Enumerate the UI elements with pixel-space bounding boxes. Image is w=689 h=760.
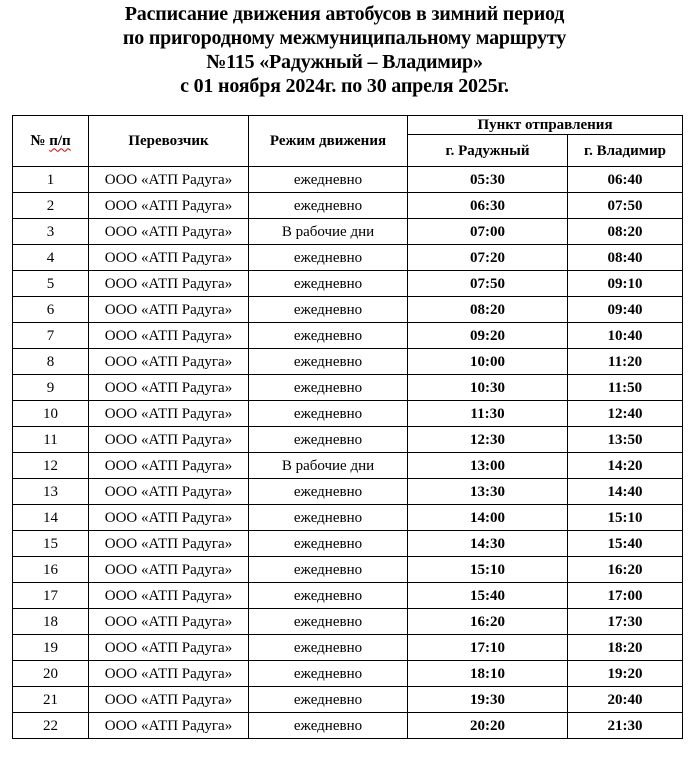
departure-raduzhny-cell: 12:30 bbox=[408, 427, 568, 453]
departure-vladimir-cell: 20:40 bbox=[568, 687, 683, 713]
carrier-cell: ООО «АТП Радуга» bbox=[89, 219, 249, 245]
departure-raduzhny-cell: 07:50 bbox=[408, 271, 568, 297]
departure-raduzhny-cell: 09:20 bbox=[408, 323, 568, 349]
mode-cell: ежедневно bbox=[249, 323, 408, 349]
header-from-vladimir: г. Владимир bbox=[568, 135, 683, 167]
row-number: 21 bbox=[13, 687, 89, 713]
carrier-cell: ООО «АТП Радуга» bbox=[89, 453, 249, 479]
header-carrier: Перевозчик bbox=[89, 116, 249, 167]
table-row: 13ООО «АТП Радуга»ежедневно13:3014:40 bbox=[13, 479, 683, 505]
departure-raduzhny-cell: 07:20 bbox=[408, 245, 568, 271]
row-number: 18 bbox=[13, 609, 89, 635]
departure-raduzhny-cell: 11:30 bbox=[408, 401, 568, 427]
row-number: 8 bbox=[13, 349, 89, 375]
departure-vladimir-cell: 19:20 bbox=[568, 661, 683, 687]
departure-raduzhny-cell: 07:00 bbox=[408, 219, 568, 245]
carrier-cell: ООО «АТП Радуга» bbox=[89, 557, 249, 583]
row-number: 9 bbox=[13, 375, 89, 401]
departure-raduzhny-cell: 20:20 bbox=[408, 713, 568, 739]
row-number: 11 bbox=[13, 427, 89, 453]
departure-vladimir-cell: 17:30 bbox=[568, 609, 683, 635]
row-number: 10 bbox=[13, 401, 89, 427]
carrier-cell: ООО «АТП Радуга» bbox=[89, 531, 249, 557]
mode-cell: ежедневно bbox=[249, 401, 408, 427]
row-number: 22 bbox=[13, 713, 89, 739]
departure-raduzhny-cell: 08:20 bbox=[408, 297, 568, 323]
departure-raduzhny-cell: 15:10 bbox=[408, 557, 568, 583]
row-number: 19 bbox=[13, 635, 89, 661]
spellcheck-underlined-text: п/п bbox=[49, 133, 70, 149]
table-row: 19ООО «АТП Радуга»ежедневно17:1018:20 bbox=[13, 635, 683, 661]
table-row: 5ООО «АТП Радуга»ежедневно07:5009:10 bbox=[13, 271, 683, 297]
document-title: Расписание движения автобусов в зимний п… bbox=[0, 2, 689, 98]
carrier-cell: ООО «АТП Радуга» bbox=[89, 713, 249, 739]
carrier-cell: ООО «АТП Радуга» bbox=[89, 479, 249, 505]
departure-vladimir-cell: 13:50 bbox=[568, 427, 683, 453]
row-number: 20 bbox=[13, 661, 89, 687]
header-number: № п/п bbox=[13, 116, 89, 167]
mode-cell: ежедневно bbox=[249, 505, 408, 531]
mode-cell: ежедневно bbox=[249, 375, 408, 401]
mode-cell: ежедневно bbox=[249, 193, 408, 219]
departure-vladimir-cell: 09:10 bbox=[568, 271, 683, 297]
mode-cell: ежедневно bbox=[249, 557, 408, 583]
departure-vladimir-cell: 09:40 bbox=[568, 297, 683, 323]
mode-cell: ежедневно bbox=[249, 427, 408, 453]
mode-cell: ежедневно bbox=[249, 531, 408, 557]
row-number: 3 bbox=[13, 219, 89, 245]
table-row: 10ООО «АТП Радуга»ежедневно11:3012:40 bbox=[13, 401, 683, 427]
table-row: 1ООО «АТП Радуга»ежедневно05:3006:40 bbox=[13, 167, 683, 193]
mode-cell: ежедневно bbox=[249, 479, 408, 505]
table-row: 12ООО «АТП Радуга»В рабочие дни13:0014:2… bbox=[13, 453, 683, 479]
table-row: 6ООО «АТП Радуга»ежедневно08:2009:40 bbox=[13, 297, 683, 323]
table-row: 17ООО «АТП Радуга»ежедневно15:4017:00 bbox=[13, 583, 683, 609]
departure-raduzhny-cell: 05:30 bbox=[408, 167, 568, 193]
departure-raduzhny-cell: 13:00 bbox=[408, 453, 568, 479]
departure-raduzhny-cell: 17:10 bbox=[408, 635, 568, 661]
departure-vladimir-cell: 21:30 bbox=[568, 713, 683, 739]
departure-raduzhny-cell: 19:30 bbox=[408, 687, 568, 713]
departure-vladimir-cell: 08:20 bbox=[568, 219, 683, 245]
mode-cell: ежедневно bbox=[249, 245, 408, 271]
departure-raduzhny-cell: 16:20 bbox=[408, 609, 568, 635]
mode-cell: В рабочие дни bbox=[249, 453, 408, 479]
row-number: 6 bbox=[13, 297, 89, 323]
mode-cell: ежедневно bbox=[249, 635, 408, 661]
mode-cell: ежедневно bbox=[249, 609, 408, 635]
departure-raduzhny-cell: 14:00 bbox=[408, 505, 568, 531]
departure-vladimir-cell: 15:40 bbox=[568, 531, 683, 557]
departure-vladimir-cell: 06:40 bbox=[568, 167, 683, 193]
departure-vladimir-cell: 14:20 bbox=[568, 453, 683, 479]
carrier-cell: ООО «АТП Радуга» bbox=[89, 687, 249, 713]
carrier-cell: ООО «АТП Радуга» bbox=[89, 505, 249, 531]
table-row: 16ООО «АТП Радуга»ежедневно15:1016:20 bbox=[13, 557, 683, 583]
header-departure-point: Пункт отправления bbox=[408, 116, 683, 135]
departure-vladimir-cell: 17:00 bbox=[568, 583, 683, 609]
mode-cell: ежедневно bbox=[249, 167, 408, 193]
row-number: 16 bbox=[13, 557, 89, 583]
table-row: 4ООО «АТП Радуга»ежедневно07:2008:40 bbox=[13, 245, 683, 271]
row-number: 1 bbox=[13, 167, 89, 193]
mode-cell: ежедневно bbox=[249, 271, 408, 297]
table-row: 21ООО «АТП Радуга»ежедневно19:3020:40 bbox=[13, 687, 683, 713]
mode-cell: ежедневно bbox=[249, 349, 408, 375]
carrier-cell: ООО «АТП Радуга» bbox=[89, 323, 249, 349]
departure-vladimir-cell: 12:40 bbox=[568, 401, 683, 427]
table-row: 9ООО «АТП Радуга»ежедневно10:3011:50 bbox=[13, 375, 683, 401]
table-row: 22ООО «АТП Радуга»ежедневно20:2021:30 bbox=[13, 713, 683, 739]
departure-raduzhny-cell: 13:30 bbox=[408, 479, 568, 505]
carrier-cell: ООО «АТП Радуга» bbox=[89, 583, 249, 609]
mode-cell: ежедневно bbox=[249, 661, 408, 687]
table-row: 7ООО «АТП Радуга»ежедневно09:2010:40 bbox=[13, 323, 683, 349]
carrier-cell: ООО «АТП Радуга» bbox=[89, 349, 249, 375]
carrier-cell: ООО «АТП Радуга» bbox=[89, 297, 249, 323]
mode-cell: ежедневно bbox=[249, 713, 408, 739]
departure-vladimir-cell: 18:20 bbox=[568, 635, 683, 661]
departure-raduzhny-cell: 06:30 bbox=[408, 193, 568, 219]
carrier-cell: ООО «АТП Радуга» bbox=[89, 401, 249, 427]
carrier-cell: ООО «АТП Радуга» bbox=[89, 609, 249, 635]
departure-vladimir-cell: 15:10 bbox=[568, 505, 683, 531]
departure-raduzhny-cell: 18:10 bbox=[408, 661, 568, 687]
title-line-1: Расписание движения автобусов в зимний п… bbox=[0, 2, 689, 26]
departure-vladimir-cell: 10:40 bbox=[568, 323, 683, 349]
departure-vladimir-cell: 16:20 bbox=[568, 557, 683, 583]
row-number: 14 bbox=[13, 505, 89, 531]
schedule-rows: 1ООО «АТП Радуга»ежедневно05:3006:402ООО… bbox=[13, 167, 683, 739]
carrier-cell: ООО «АТП Радуга» bbox=[89, 271, 249, 297]
departure-vladimir-cell: 11:20 bbox=[568, 349, 683, 375]
carrier-cell: ООО «АТП Радуга» bbox=[89, 427, 249, 453]
title-line-2: по пригородному межмуниципальному маршру… bbox=[0, 26, 689, 50]
carrier-cell: ООО «АТП Радуга» bbox=[89, 245, 249, 271]
row-number: 4 bbox=[13, 245, 89, 271]
departure-raduzhny-cell: 15:40 bbox=[408, 583, 568, 609]
header-from-raduzhny: г. Радужный bbox=[408, 135, 568, 167]
departure-vladimir-cell: 07:50 bbox=[568, 193, 683, 219]
table-row: 15ООО «АТП Радуга»ежедневно14:3015:40 bbox=[13, 531, 683, 557]
table-row: 20ООО «АТП Радуга»ежедневно18:1019:20 bbox=[13, 661, 683, 687]
row-number: 13 bbox=[13, 479, 89, 505]
header-mode: Режим движения bbox=[249, 116, 408, 167]
table-row: 3ООО «АТП Радуга»В рабочие дни07:0008:20 bbox=[13, 219, 683, 245]
row-number: 5 bbox=[13, 271, 89, 297]
table-row: 11ООО «АТП Радуга»ежедневно12:3013:50 bbox=[13, 427, 683, 453]
table-row: 8ООО «АТП Радуга»ежедневно10:0011:20 bbox=[13, 349, 683, 375]
departure-vladimir-cell: 08:40 bbox=[568, 245, 683, 271]
row-number: 17 bbox=[13, 583, 89, 609]
departure-raduzhny-cell: 14:30 bbox=[408, 531, 568, 557]
row-number: 2 bbox=[13, 193, 89, 219]
row-number: 15 bbox=[13, 531, 89, 557]
carrier-cell: ООО «АТП Радуга» bbox=[89, 375, 249, 401]
carrier-cell: ООО «АТП Радуга» bbox=[89, 661, 249, 687]
title-line-3: №115 «Радужный – Владимир» bbox=[0, 50, 689, 74]
row-number: 7 bbox=[13, 323, 89, 349]
mode-cell: В рабочие дни bbox=[249, 219, 408, 245]
mode-cell: ежедневно bbox=[249, 687, 408, 713]
table-row: 2ООО «АТП Радуга»ежедневно06:3007:50 bbox=[13, 193, 683, 219]
row-number: 12 bbox=[13, 453, 89, 479]
carrier-cell: ООО «АТП Радуга» bbox=[89, 167, 249, 193]
table-row: 18ООО «АТП Радуга»ежедневно16:2017:30 bbox=[13, 609, 683, 635]
title-line-4: с 01 ноября 2024г. по 30 апреля 2025г. bbox=[0, 74, 689, 98]
mode-cell: ежедневно bbox=[249, 583, 408, 609]
carrier-cell: ООО «АТП Радуга» bbox=[89, 635, 249, 661]
departure-raduzhny-cell: 10:00 bbox=[408, 349, 568, 375]
departure-raduzhny-cell: 10:30 bbox=[408, 375, 568, 401]
schedule-table: № п/п Перевозчик Режим движения Пункт от… bbox=[12, 115, 683, 739]
table-row: 14ООО «АТП Радуга»ежедневно14:0015:10 bbox=[13, 505, 683, 531]
departure-vladimir-cell: 14:40 bbox=[568, 479, 683, 505]
carrier-cell: ООО «АТП Радуга» bbox=[89, 193, 249, 219]
departure-vladimir-cell: 11:50 bbox=[568, 375, 683, 401]
mode-cell: ежедневно bbox=[249, 297, 408, 323]
